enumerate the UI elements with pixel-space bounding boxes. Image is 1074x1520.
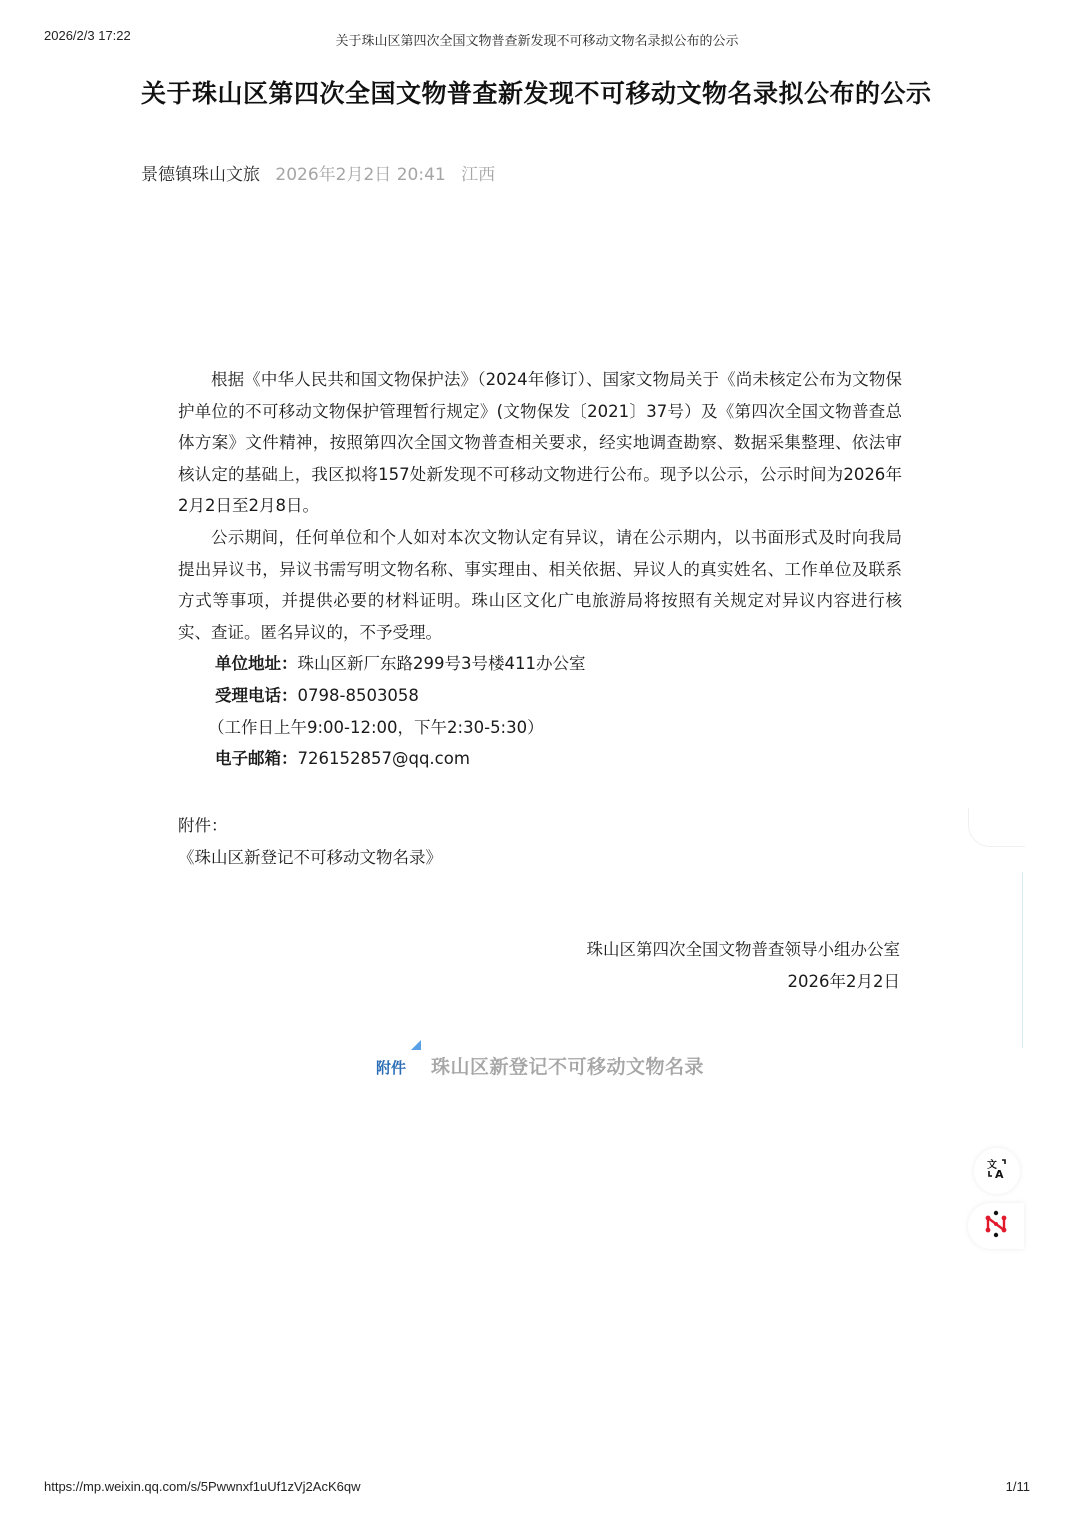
account-name-link[interactable]: 景德镇珠山文旅 bbox=[141, 165, 260, 185]
publish-location: 江西 bbox=[461, 165, 495, 185]
contact-email: 电子邮箱：726152857@qq.com bbox=[178, 743, 902, 775]
article-meta: 景德镇珠山文旅 2026年2月2日 20:41 江西 bbox=[141, 163, 495, 187]
print-header: 2026/2/3 17:22 关于珠山区第四次全国文物普查新发现不可移动文物名录… bbox=[0, 28, 1074, 48]
contact-address: 单位地址：珠山区新厂东路299号3号楼411办公室 bbox=[178, 648, 902, 680]
article-body: 根据《中华人民共和国文物保护法》（2024年修订）、国家文物局关于《尚未核定公布… bbox=[178, 364, 902, 775]
paragraph-2: 公示期间，任何单位和个人如对本次文物认定有异议，请在公示期内，以书面形式及时向我… bbox=[178, 522, 902, 648]
article-title: 关于珠山区第四次全国文物普查新发现不可移动文物名录拟公布的公示 bbox=[141, 76, 941, 112]
svg-text:A: A bbox=[995, 1168, 1004, 1180]
contact-phone: 受理电话：0798-8503058 bbox=[178, 680, 902, 712]
signature-date: 2026年2月2日 bbox=[587, 966, 901, 998]
attachment-card-name[interactable]: 珠山区新登记不可移动文物名录 bbox=[431, 1052, 704, 1079]
address-value: 珠山区新厂东路299号3号楼411办公室 bbox=[298, 654, 586, 673]
address-label: 单位地址： bbox=[215, 654, 298, 673]
attachment-section: 附件： 《珠山区新登记不可移动文物名录》 bbox=[178, 810, 442, 874]
translate-button[interactable]: 文 A bbox=[974, 1148, 1020, 1194]
print-footer: https://mp.weixin.qq.com/s/5Pwwnxf1uUf1z… bbox=[0, 1479, 1074, 1499]
attachment-label: 附件： bbox=[178, 810, 442, 842]
page-url: https://mp.weixin.qq.com/s/5Pwwnxf1uUf1z… bbox=[44, 1479, 360, 1494]
email-label: 电子邮箱： bbox=[215, 749, 298, 768]
ai-assistant-button[interactable] bbox=[968, 1203, 1024, 1249]
paragraph-1: 根据《中华人民共和国文物保护法》（2024年修订）、国家文物局关于《尚未核定公布… bbox=[178, 364, 902, 522]
corner-triangle-icon bbox=[411, 1040, 421, 1050]
attachment-title: 《珠山区新登记不可移动文物名录》 bbox=[178, 842, 442, 874]
signature-org: 珠山区第四次全国文物普查领导小组办公室 bbox=[587, 934, 901, 966]
phone-value[interactable]: 0798-8503058 bbox=[298, 686, 419, 705]
email-value[interactable]: 726152857@qq.com bbox=[298, 749, 470, 768]
translate-icon: 文 A bbox=[986, 1158, 1008, 1184]
publish-time: 2026年2月2日 20:41 bbox=[275, 165, 445, 185]
floating-panel-edge bbox=[968, 808, 1025, 847]
attachment-card[interactable]: 附件 珠山区新登记不可移动文物名录 bbox=[376, 1040, 736, 1080]
side-divider bbox=[1022, 872, 1023, 1048]
contact-hours: （工作日上午9:00-12:00，下午2:30-5:30） bbox=[178, 712, 902, 744]
attachment-tag: 附件 bbox=[376, 1057, 406, 1078]
signature: 珠山区第四次全国文物普查领导小组办公室 2026年2月2日 bbox=[587, 934, 901, 998]
page-number: 1/11 bbox=[1006, 1479, 1030, 1494]
phone-label: 受理电话： bbox=[215, 686, 298, 705]
print-doc-title: 关于珠山区第四次全国文物普查新发现不可移动文物名录拟公布的公示 bbox=[0, 30, 1074, 49]
ai-network-icon bbox=[982, 1209, 1010, 1243]
